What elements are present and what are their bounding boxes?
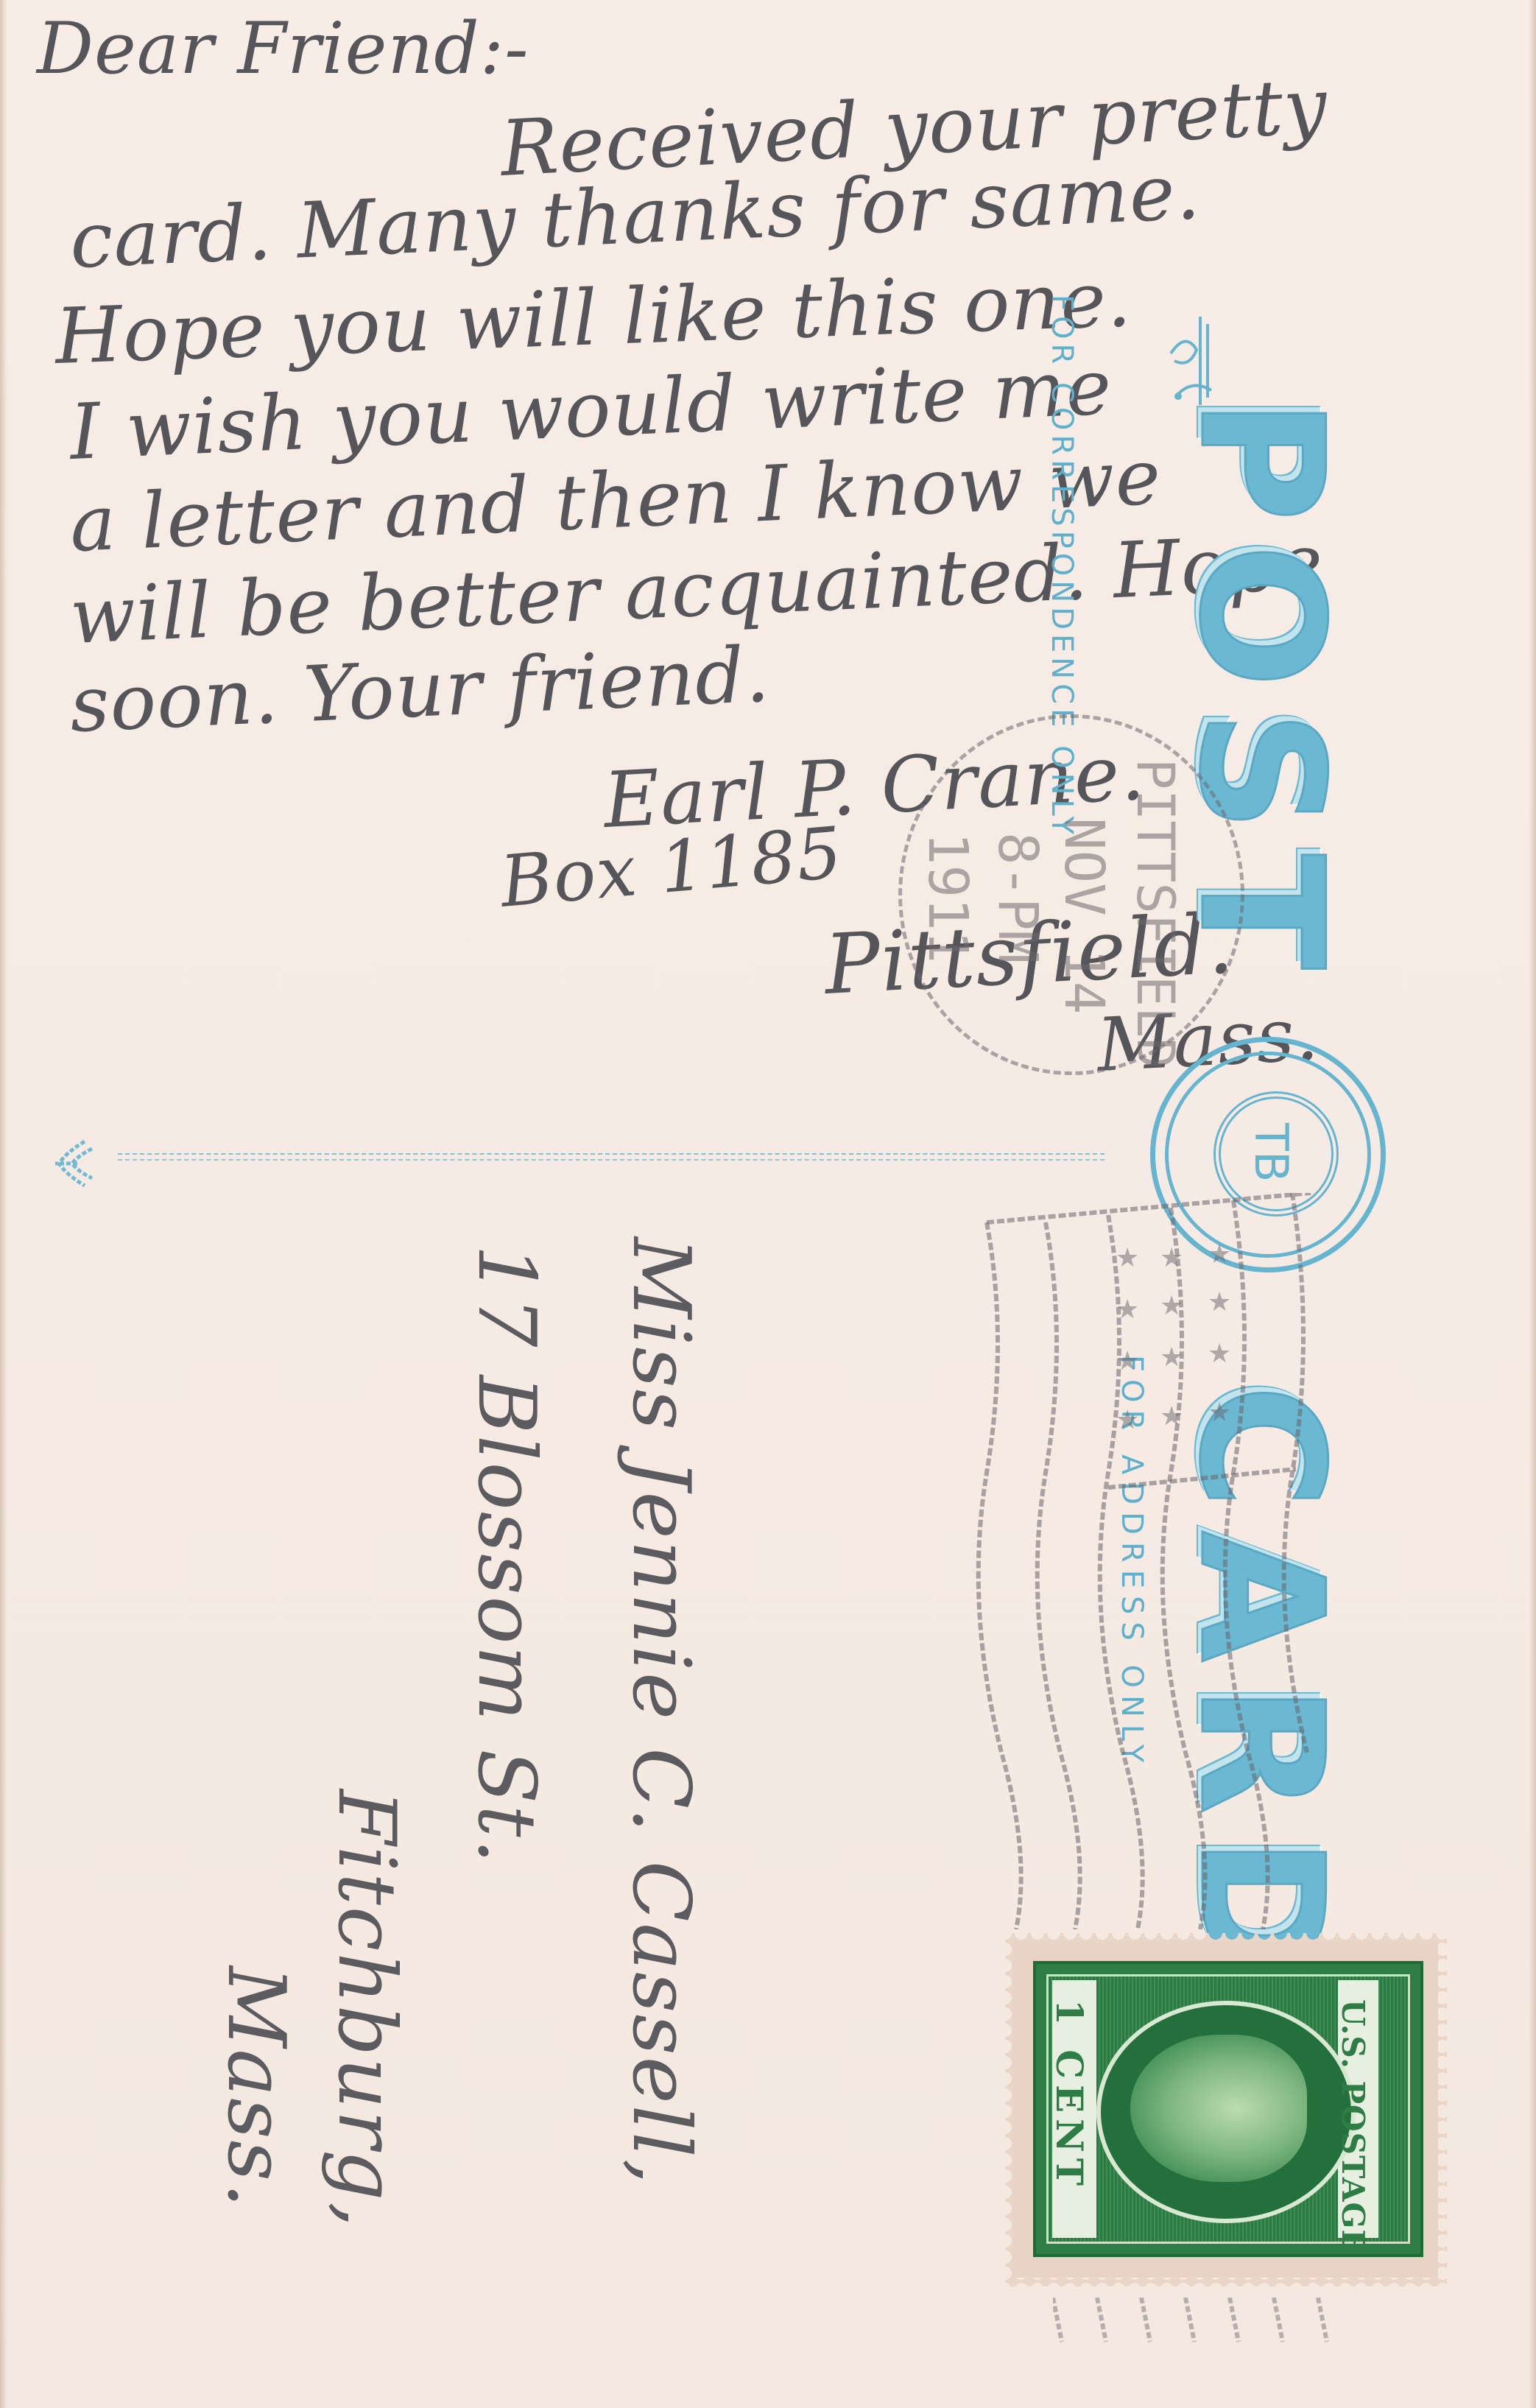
postcard: Dear Friend:- Received your pretty card.… — [0, 0, 1536, 2408]
svg-text:★: ★ — [1116, 1346, 1139, 1376]
svg-text:★: ★ — [1208, 1339, 1231, 1369]
address-city: Fitchburg, — [320, 1789, 412, 2229]
cancel-ticks-icon — [1053, 2298, 1421, 2364]
svg-text:★: ★ — [1160, 1342, 1183, 1373]
postmark-city: PITTSFIELD — [1125, 758, 1186, 1069]
postage-stamp: 1 CENT U.S. POSTAGE — [1005, 1933, 1447, 2286]
flourish-ornament-icon — [1156, 309, 1237, 412]
emblem-letters: TB — [1244, 1123, 1298, 1182]
svg-text:★: ★ — [1116, 1243, 1139, 1273]
flag-cancel-icon: ★★★ ★★★ ★★★ ★★★ — [957, 1193, 1340, 1929]
svg-text:★: ★ — [1160, 1243, 1183, 1273]
arrow-tail-icon — [52, 1130, 118, 1197]
svg-text:★: ★ — [1208, 1287, 1231, 1317]
address-state: Mass. — [210, 1966, 302, 2209]
address-street: 17 Blossom St. — [460, 1245, 552, 1865]
postmark-time: 8-PM — [986, 832, 1049, 963]
svg-text:★: ★ — [1160, 1291, 1183, 1321]
stamp-country-label: U.S. POSTAGE — [1335, 1999, 1371, 2253]
card-edge-left — [0, 0, 7, 2408]
stamp-face: 1 CENT U.S. POSTAGE — [1033, 1961, 1423, 2257]
postmark-year: 1911 — [916, 832, 979, 963]
card-edge-right — [1529, 0, 1536, 2408]
svg-text:★: ★ — [1160, 1401, 1183, 1432]
postmark-date: NOV 14 — [1052, 817, 1116, 1014]
stamp-portrait-oval — [1096, 2001, 1356, 2223]
svg-text:★: ★ — [1116, 1405, 1139, 1435]
stamp-denomination: 1 CENT — [1048, 1999, 1091, 2192]
salutation: Dear Friend:- — [37, 7, 529, 90]
svg-text:★: ★ — [1208, 1398, 1231, 1428]
stamp-portrait-icon — [1130, 2035, 1307, 2182]
svg-text:★: ★ — [1116, 1295, 1139, 1325]
svg-text:★: ★ — [1208, 1239, 1231, 1270]
address-name: Miss Jennie C. Cassell, — [615, 1237, 707, 2186]
sender-box: Box 1185 — [498, 817, 845, 918]
divider-line — [118, 1153, 1105, 1161]
